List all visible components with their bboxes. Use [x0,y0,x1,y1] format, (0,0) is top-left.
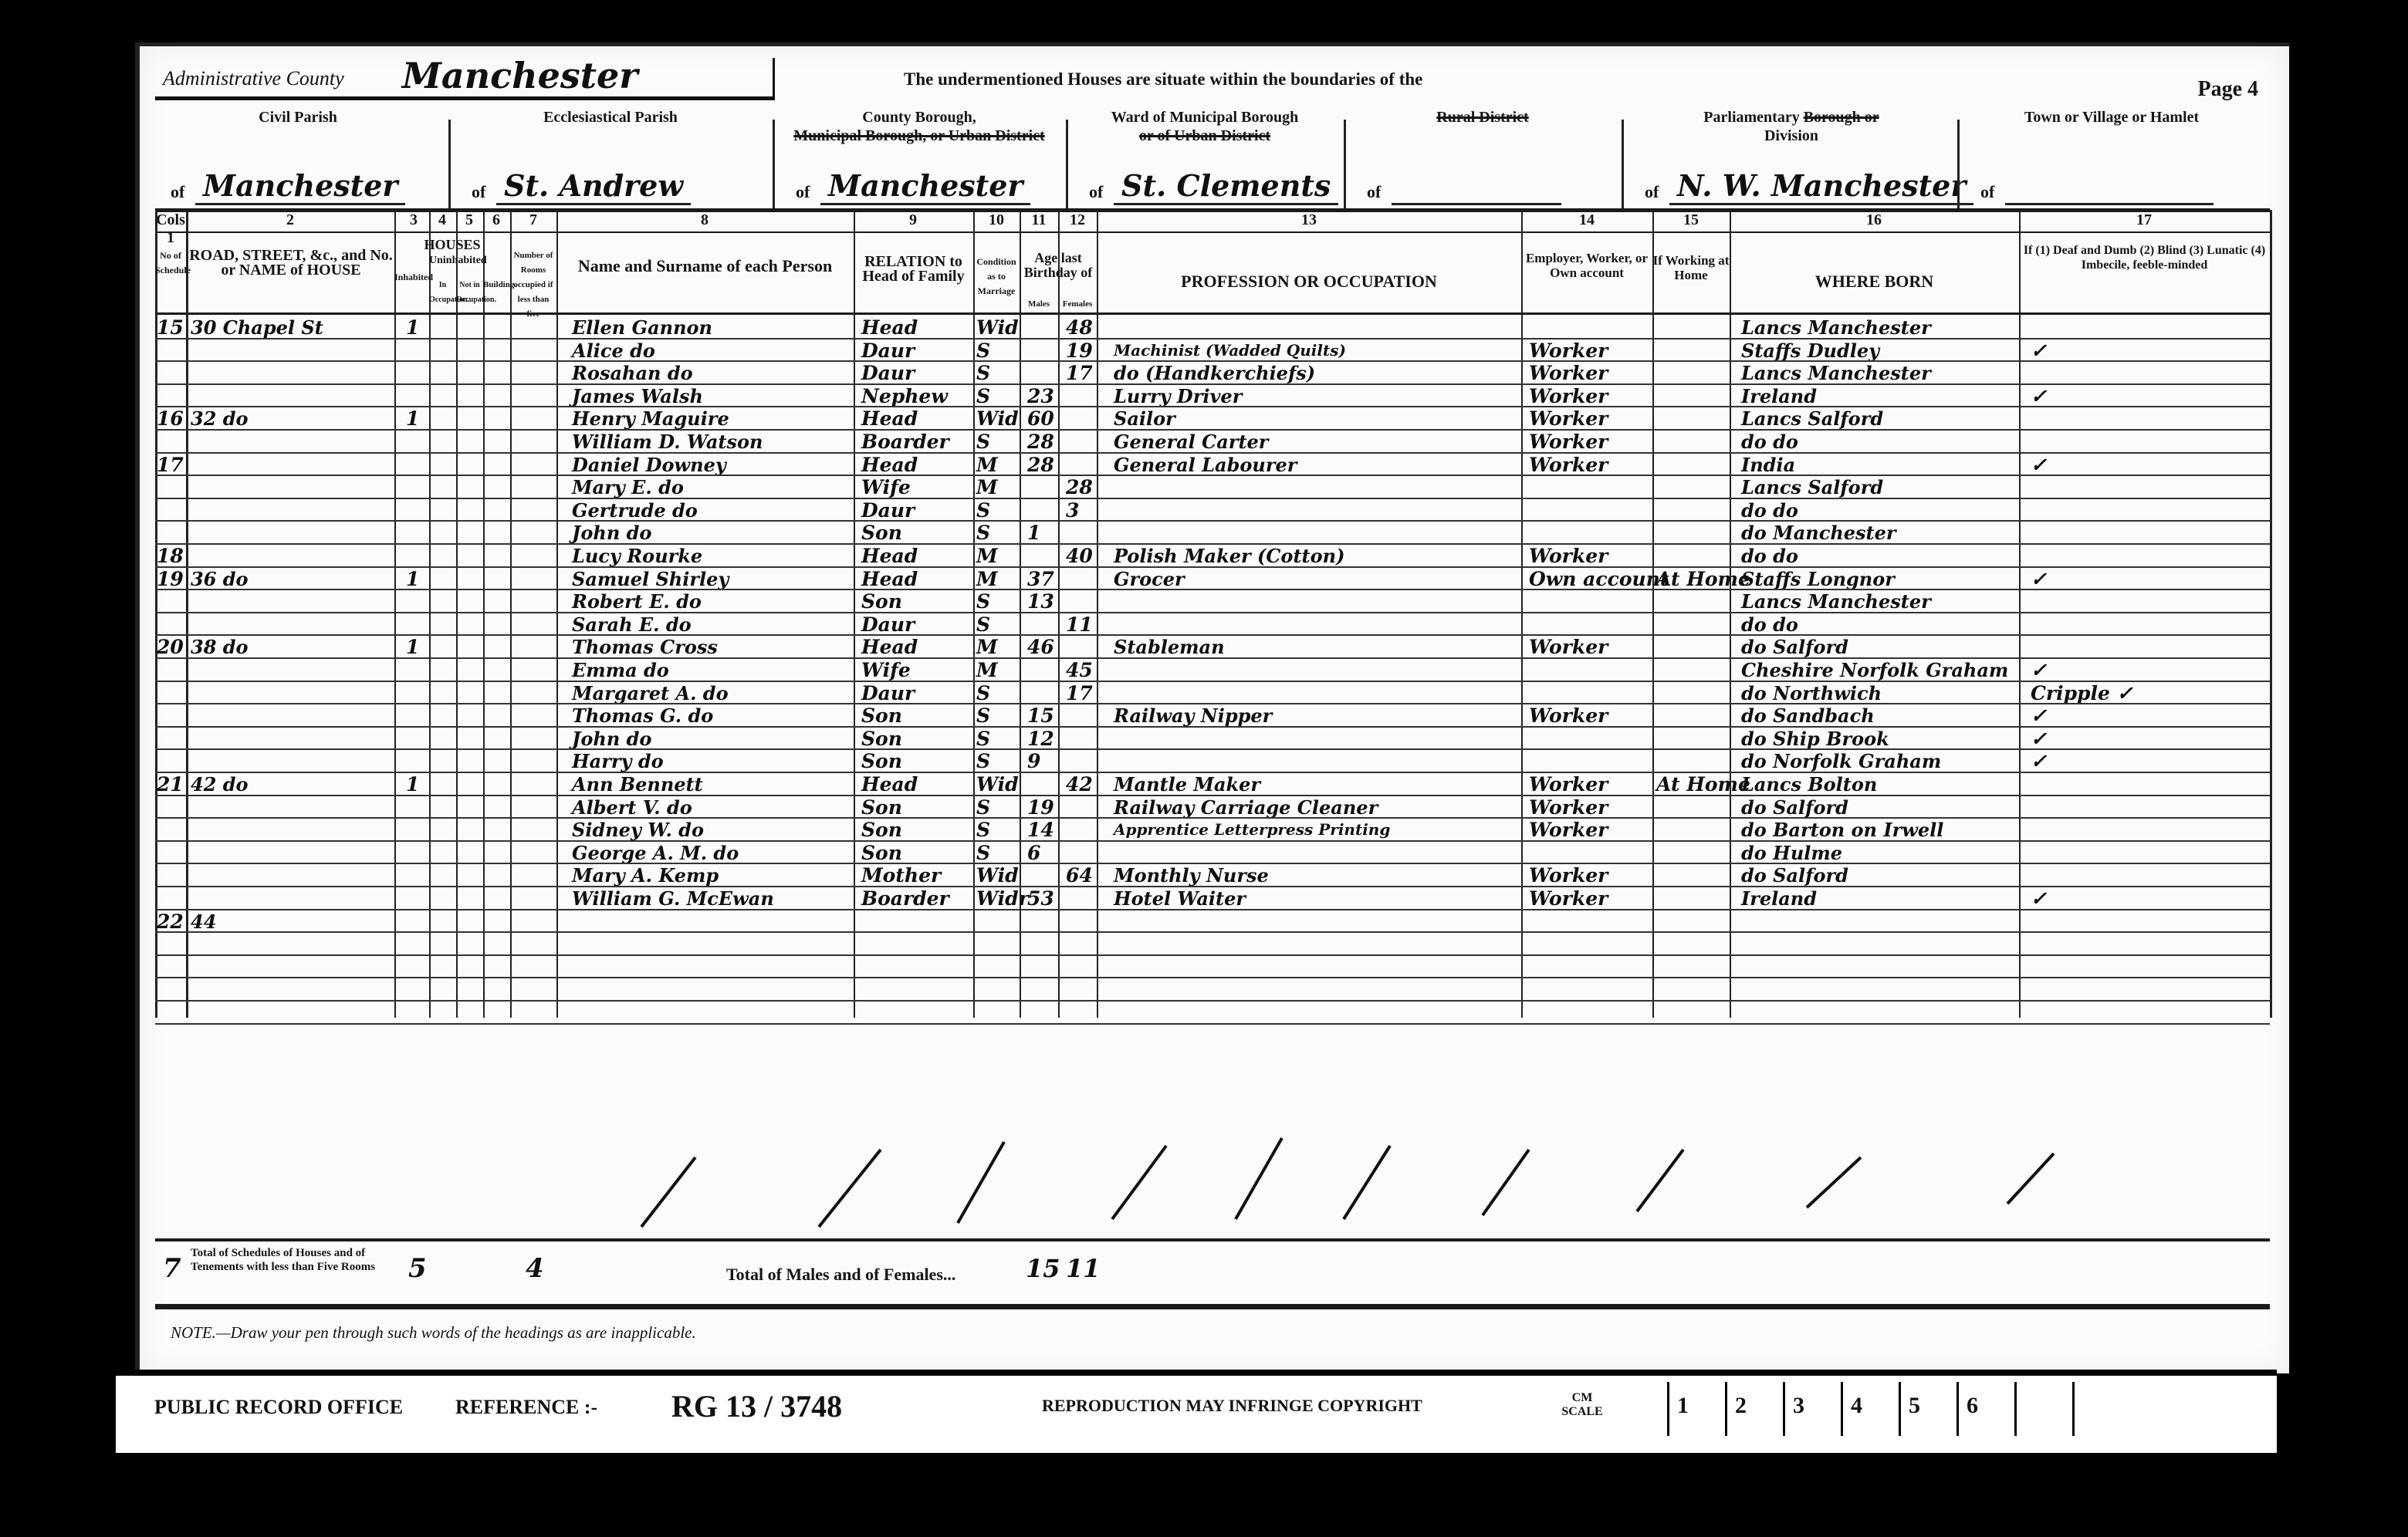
cell-schedule: 19 [157,568,188,590]
rural-district-value [1392,203,1561,205]
cell-rooms [522,842,553,864]
cell-relation: Son [861,819,969,841]
cell-at-home [1656,339,1730,362]
cell-condition: M [976,545,1019,567]
scale-mark: 2 [1725,1382,1783,1436]
cell-where-born: Lancs Manchester [1741,316,2019,339]
table-row: 1936 do1Samuel ShirleyHeadM37GrocerOwn a… [140,568,2254,590]
cell-at-home [1656,682,1730,704]
table-row: 1632 do1Henry MaguireHeadWid60SailorWork… [140,407,2254,430]
cell-name: John do [572,522,850,544]
table-row: 2244 [140,910,2254,933]
cell-address [191,362,391,384]
cell-infirmity [2031,522,2262,544]
cell-relation: Daur [861,499,969,522]
cell-relation: Wife [861,659,969,681]
column-number: 12 [1062,211,1093,229]
scale-mark: 1 [1667,1382,1725,1436]
cell-schedule [157,796,188,819]
cell-relation: Head [861,568,969,590]
cell-condition: S [976,728,1019,750]
table-row: Margaret A. doDaurS17do NorthwichCripple… [140,682,2254,704]
cell-female-age [1066,522,1097,544]
column-number: 8 [689,211,720,229]
header-address: ROAD, STREET, &c., and No. or NAME of HO… [188,248,394,278]
cell-occupation [1114,590,1515,613]
header-females: Females [1058,297,1097,312]
cell-where-born: do do [1741,499,2019,522]
cell-female-age [1066,568,1097,590]
cell-address [191,659,391,681]
cell-female-age [1066,728,1097,750]
cell-rooms [522,545,553,567]
cell-inhabited [406,339,429,362]
header-in-occupation: In Occupation. [429,278,456,307]
cell-condition: S [976,842,1019,864]
cell-occupation: Stableman [1114,636,1515,658]
cell-address [191,819,391,841]
parliamentary-value: N. W. Manchester [1669,168,1973,205]
cell-where-born: India [1741,454,2019,476]
cell-female-age [1066,750,1097,772]
cell-male-age [1027,545,1058,567]
cell-inhabited [406,819,429,841]
cell-occupation: Sailor [1114,407,1515,430]
cell-occupation: Mantle Maker [1114,773,1515,796]
cell-rooms [522,454,553,476]
cell-name: Ann Bennett [572,773,850,796]
census-sheet: Administrative County Manchester The und… [135,42,2289,1373]
cell-at-home [1656,545,1730,567]
cell-address [191,750,391,772]
cell-at-home [1656,431,1730,453]
cell-where-born: do Hulme [1741,842,2019,864]
cell-inhabited [406,750,429,772]
cell-female-age [1066,385,1097,407]
cell-relation: Nephew [861,385,969,407]
cell-employer [1529,522,1652,544]
cell-male-age: 46 [1027,636,1058,658]
cell-occupation [1114,910,1515,933]
cell-relation: Head [861,545,969,567]
cell-at-home [1656,910,1730,933]
cell-inhabited [406,431,429,453]
cell-female-age [1066,842,1097,864]
column-number: 10 [981,211,1012,229]
cell-schedule [157,728,188,750]
parliamentary-label2: Division [1629,127,1953,145]
cell-address: 44 [191,910,391,933]
cell-address [191,476,391,498]
cell-inhabited [406,545,429,567]
cell-rooms [522,910,553,933]
cell-rooms [522,819,553,841]
cell-inhabited: 1 [406,407,429,430]
cell-rooms [522,407,553,430]
header-condition: Condition as to Marriage [973,255,1020,299]
cell-name: Lucy Rourke [572,545,850,567]
cell-male-age: 28 [1027,454,1058,476]
cell-condition: S [976,750,1019,772]
cell-name: Samuel Shirley [572,568,850,590]
cell-address [191,431,391,453]
town-label: Town or Village or Hamlet [1965,108,2258,127]
cell-male-age: 12 [1027,728,1058,750]
cell-inhabited [406,454,429,476]
column-number: 14 [1571,211,1602,229]
total-schedules-label: Total of Schedules of Houses and of Tene… [191,1246,384,1274]
column-number: 6 [481,211,512,229]
table-row: 18Lucy RourkeHeadM40Polish Maker (Cotton… [140,545,2254,567]
cell-infirmity: Cripple ✓ [2031,682,2262,704]
cell-employer: Worker [1529,773,1652,796]
cell-employer: Worker [1529,819,1652,841]
cell-address: 30 Chapel St [191,316,391,339]
cell-infirmity: ✓ [2031,385,2262,407]
cell-female-age [1066,887,1097,910]
cell-infirmity: ✓ [2031,750,2262,772]
cell-infirmity [2031,590,2262,613]
cell-schedule: 16 [157,407,188,430]
cell-where-born: Ireland [1741,887,2019,910]
footer-copyright: REPRODUCTION MAY INFRINGE COPYRIGHT [1042,1396,1422,1416]
cell-male-age [1027,499,1058,522]
cell-infirmity [2031,796,2262,819]
cell-address [191,864,391,887]
cell-female-age: 11 [1066,613,1097,636]
cell-schedule [157,522,188,544]
cell-relation: Boarder [861,887,969,910]
cell-at-home [1656,887,1730,910]
cell-address [191,613,391,636]
cell-male-age [1027,910,1058,933]
town-village-hamlet: Town or Village or Hamlet of [1965,108,2258,208]
cell-schedule [157,842,188,864]
cell-employer: Worker [1529,704,1652,727]
cell-relation: Son [861,796,969,819]
cell-male-age: 53 [1027,887,1058,910]
note-text: NOTE.—Draw your pen through such words o… [171,1323,696,1343]
cell-name [572,910,850,933]
cell-relation: Head [861,773,969,796]
cell-male-age: 37 [1027,568,1058,590]
cell-at-home [1656,659,1730,681]
cell-female-age: 28 [1066,476,1097,498]
header-rooms: Number of Rooms occupied if less than fi… [510,248,556,322]
cell-occupation: Railway Carriage Cleaner [1114,796,1515,819]
cell-schedule: 20 [157,636,188,658]
column-number: 13 [1294,211,1324,229]
table-row: James WalshNephewS23Lurry DriverWorkerIr… [140,385,2254,407]
footer-scale-label: CM SCALE [1559,1391,1605,1419]
cell-infirmity [2031,407,2262,430]
cell-rooms [522,659,553,681]
cell-rooms [522,887,553,910]
cell-employer [1529,659,1652,681]
cell-inhabited [406,728,429,750]
row-rule [155,954,2270,956]
table-row: 2038 do1Thomas CrossHeadM46StablemanWork… [140,636,2254,658]
row-rule [155,1023,2270,1025]
cell-inhabited [406,796,429,819]
cell-relation: Son [861,590,969,613]
table-row: 1530 Chapel St1Ellen GannonHeadWid48Lanc… [140,316,2254,339]
ecclesiastical-parish: Ecclesiastical Parish of St. Andrew [456,108,765,208]
cell-schedule [157,819,188,841]
cell-employer [1529,316,1652,339]
cell-where-born: do Barton on Irwell [1741,819,2019,841]
cell-name: Mary A. Kemp [572,864,850,887]
cell-female-age: 40 [1066,545,1097,567]
scale-mark: 5 [1899,1382,1956,1436]
cell-rooms [522,522,553,544]
cell-female-age: 17 [1066,682,1097,704]
cell-address [191,887,391,910]
cell-name: James Walsh [572,385,850,407]
footer-office: PUBLIC RECORD OFFICE [154,1396,403,1419]
column-number: 4 [427,211,458,229]
cell-address [191,842,391,864]
cell-occupation: Machinist (Wadded Quilts) [1114,339,1515,362]
header-where-born: WHERE BORN [1730,274,2019,289]
cell-at-home [1656,522,1730,544]
cell-employer [1529,682,1652,704]
cell-where-born: Staffs Dudley [1741,339,2019,362]
header-age: Age last Birthday of [1020,251,1097,280]
sheet-header: Administrative County Manchester The und… [140,46,2289,220]
cell-where-born [1741,910,2019,933]
cell-occupation: Apprentice Letterpress Printing [1114,819,1515,841]
cell-employer: Own account [1529,568,1652,590]
cell-at-home [1656,362,1730,384]
cell-relation: Son [861,728,969,750]
cell-relation: Son [861,842,969,864]
cell-schedule [157,887,188,910]
page-number: Page 4 [2197,77,2258,102]
cell-address: 32 do [191,407,391,430]
cell-name: Rosahan do [572,362,850,384]
cell-name: George A. M. do [572,842,850,864]
row-rule [155,931,2270,933]
cell-employer [1529,499,1652,522]
table-row: Alice doDaurS19Machinist (Wadded Quilts)… [140,339,2254,362]
cell-male-age: 28 [1027,431,1058,453]
cell-where-born: Lancs Salford [1741,476,2019,498]
cell-address [191,454,391,476]
admin-county-label: Administrative County [163,67,344,90]
cell-occupation: General Labourer [1114,454,1515,476]
cell-name: Mary E. do [572,476,850,498]
cell-infirmity: ✓ [2031,887,2262,910]
cell-occupation [1114,659,1515,681]
cell-infirmity: ✓ [2031,704,2262,727]
cell-infirmity [2031,864,2262,887]
cell-male-age: 1 [1027,522,1058,544]
cell-occupation [1114,728,1515,750]
table-row: William G. McEwanBoarderWidr53Hotel Wait… [140,887,2254,910]
cell-schedule: 15 [157,316,188,339]
cell-name: Albert V. do [572,796,850,819]
cell-where-born: Lancs Manchester [1741,590,2019,613]
cell-schedule [157,682,188,704]
cell-occupation [1114,613,1515,636]
cell-infirmity [2031,636,2262,658]
parliamentary-label: Parliamentary [1703,109,1799,126]
ward: Ward of Municipal Borough or of Urban Di… [1074,108,1336,208]
county-borough-struck: Municipal Borough, or Urban District [780,127,1058,145]
cell-inhabited: 1 [406,316,429,339]
cell-employer: Worker [1529,407,1652,430]
cell-schedule [157,590,188,613]
cell-condition: S [976,499,1019,522]
cell-inhabited [406,522,429,544]
cell-employer [1529,910,1652,933]
cell-employer [1529,842,1652,864]
cell-infirmity [2031,910,2262,933]
header-relation: RELATION to Head of Family [854,255,973,284]
header-building: Building. [483,278,510,292]
cell-rooms [522,704,553,727]
column-number: 5 [454,211,485,229]
cell-inhabited [406,842,429,864]
cell-relation: Head [861,316,969,339]
cell-at-home [1656,316,1730,339]
cell-employer: Worker [1529,339,1652,362]
cell-schedule [157,476,188,498]
cell-condition: S [976,613,1019,636]
cell-infirmity: ✓ [2031,568,2262,590]
cell-female-age [1066,454,1097,476]
cell-male-age [1027,613,1058,636]
county-borough-value: Manchester [820,168,1030,205]
cell-where-born: do Salford [1741,796,2019,819]
admin-county-value: Manchester [402,55,638,96]
cell-where-born: do do [1741,613,2019,636]
cell-address [191,522,391,544]
cell-occupation: Polish Maker (Cotton) [1114,545,1515,567]
header-not-in-occupation: Not in Occupation. [456,278,483,307]
cell-female-age [1066,796,1097,819]
ward-struck: or of Urban District [1074,127,1336,145]
table-row: Gertrude doDaurS3do do [140,499,2254,522]
footer-reference: RG 13 / 3748 [671,1388,842,1424]
cell-condition: S [976,362,1019,384]
column-number: 11 [1023,211,1054,229]
cell-where-born: do Salford [1741,636,2019,658]
cell-male-age [1027,339,1058,362]
cell-at-home [1656,819,1730,841]
cell-male-age: 19 [1027,796,1058,819]
rural-district: Rural District of [1351,108,1614,208]
cell-condition: S [976,704,1019,727]
total-rooms: 4 [526,1262,544,1275]
total-schedules: 7 [163,1262,181,1275]
cell-where-born: do Ship Brook [1741,728,2019,750]
cell-infirmity: ✓ [2031,454,2262,476]
cell-occupation: General Carter [1114,431,1515,453]
cell-female-age [1066,636,1097,658]
total-females: 11 [1066,1262,1101,1275]
cell-at-home [1656,750,1730,772]
column-number: 9 [898,211,928,229]
cell-male-age: 13 [1027,590,1058,613]
table-row: Albert V. doSonS19Railway Carriage Clean… [140,796,2254,819]
cell-infirmity [2031,613,2262,636]
cell-infirmity: ✓ [2031,339,2262,362]
ward-value: St. Clements [1114,168,1338,205]
cell-schedule [157,750,188,772]
table-row: Rosahan doDaurS17do (Handkerchiefs)Worke… [140,362,2254,384]
cell-female-age: 3 [1066,499,1097,522]
cell-female-age: 64 [1066,864,1097,887]
cell-name: Sidney W. do [572,819,850,841]
cm-scale: 123456 [1667,1382,2075,1436]
cell-at-home [1656,728,1730,750]
cell-employer: Worker [1529,454,1652,476]
cell-inhabited: 1 [406,636,429,658]
cell-male-age: 23 [1027,385,1058,407]
header-males: Males [1020,297,1058,312]
cell-where-born: do Salford [1741,864,2019,887]
cell-employer [1529,590,1652,613]
cell-relation: Son [861,750,969,772]
cell-occupation [1114,682,1515,704]
cell-infirmity: ✓ [2031,659,2262,681]
cell-address [191,499,391,522]
cell-address [191,728,391,750]
cell-inhabited [406,613,429,636]
table-row: Robert E. doSonS13Lancs Manchester [140,590,2254,613]
cell-male-age: 9 [1027,750,1058,772]
cell-condition: S [976,682,1019,704]
cell-male-age [1027,476,1058,498]
cell-employer: Worker [1529,636,1652,658]
cell-employer: Worker [1529,431,1652,453]
cell-female-age [1066,704,1097,727]
table-row: 17Daniel DowneyHeadM28General LabourerWo… [140,454,2254,476]
cell-occupation [1114,476,1515,498]
cell-where-born: do do [1741,545,2019,567]
cell-where-born: Staffs Longnor [1741,568,2019,590]
cell-infirmity: ✓ [2031,728,2262,750]
column-number: 2 [275,211,306,229]
cell-relation: Daur [861,613,969,636]
cell-address [191,590,391,613]
cell-relation: Boarder [861,431,969,453]
cell-condition [976,910,1019,933]
cell-at-home [1656,407,1730,430]
cell-name: Ellen Gannon [572,316,850,339]
cell-inhabited [406,362,429,384]
cell-inhabited: 1 [406,773,429,796]
cell-at-home [1656,590,1730,613]
cell-rooms [522,590,553,613]
cell-at-home [1656,704,1730,727]
cell-inhabited [406,499,429,522]
header-schedule: No of Schedule [155,248,186,278]
cell-rooms [522,339,553,362]
cell-at-home [1656,796,1730,819]
cell-where-born: Cheshire Norfolk Graham [1741,659,2019,681]
table-row: Emma doWifeM45Cheshire Norfolk Graham✓ [140,659,2254,681]
cell-relation: Head [861,454,969,476]
cell-schedule [157,659,188,681]
cell-relation [861,910,969,933]
cell-female-age: 19 [1066,339,1097,362]
cell-female-age: 17 [1066,362,1097,384]
cell-where-born: Lancs Salford [1741,407,2019,430]
table-row: William D. WatsonBoarderS28General Carte… [140,431,2254,453]
